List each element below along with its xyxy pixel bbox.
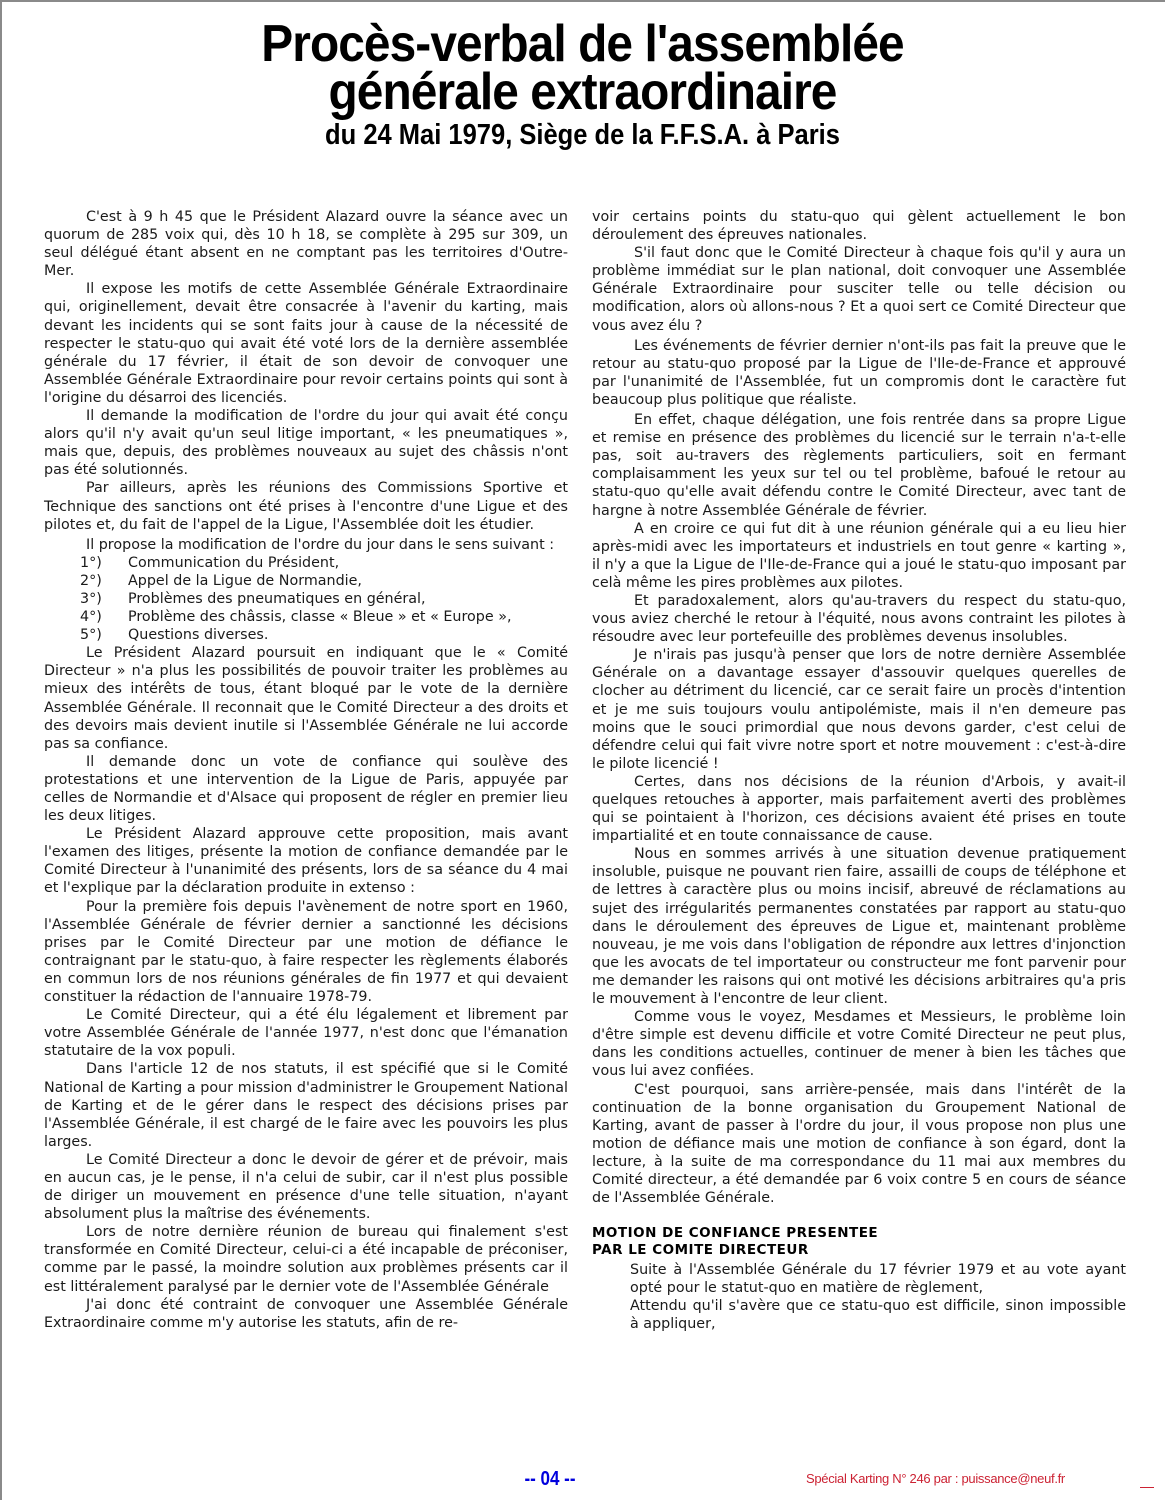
agenda-item: 4°)Problème des châssis, classe « Bleue … (44, 608, 568, 626)
paragraph: Le Président Alazard poursuit en indiqua… (44, 644, 568, 753)
paragraph: Nous en sommes arrivés à une situation d… (592, 845, 1126, 1008)
paragraph: Je n'irais pas jusqu'à penser que lors d… (592, 646, 1126, 773)
paragraph: Dans l'article 12 de nos statuts, il est… (44, 1060, 568, 1150)
motion-paragraph: Attendu qu'il s'avère que ce statu-quo e… (592, 1297, 1126, 1333)
page-left-border (0, 0, 2, 1500)
agenda-text: Questions diverses. (128, 626, 268, 644)
paragraph: Il demande la modification de l'ordre du… (44, 407, 568, 479)
paragraph: Les événements de février dernier n'ont-… (592, 337, 1126, 409)
page-number: -- 04 -- (525, 1468, 576, 1491)
agenda-item: 1°)Communication du Président, (44, 554, 568, 572)
paragraph-continuation: voir certains points du statu-quo qui gè… (592, 208, 1126, 244)
motion-heading-line-1: MOTION DE CONFIANCE PRESENTEE (592, 1225, 878, 1241)
motion-heading: MOTION DE CONFIANCE PRESENTEE PAR LE COM… (592, 1225, 1126, 1259)
footer-credit: Spécial Karting N° 246 par : puissance@n… (806, 1471, 1065, 1486)
article-header: Procès-verbal de l'assemblée générale ex… (0, 20, 1165, 152)
page-top-border (0, 0, 1165, 2)
agenda-item: 5°)Questions diverses. (44, 626, 568, 644)
paragraph: S'il faut donc que le Comité Directeur à… (592, 244, 1126, 334)
agenda-number: 4°) (80, 608, 128, 626)
left-column: C'est à 9 h 45 que le Président Alazard … (44, 208, 568, 1332)
agenda-list: 1°)Communication du Président, 2°)Appel … (44, 554, 568, 644)
article-subtitle: du 24 Mai 1979, Siège de la F.F.S.A. à P… (70, 118, 1095, 152)
paragraph: Il expose les motifs de cette Assemblée … (44, 280, 568, 407)
title-line-2: générale extraordinaire (329, 63, 837, 121)
agenda-number: 1°) (80, 554, 128, 572)
paragraph: Certes, dans nos décisions de la réunion… (592, 773, 1126, 845)
agenda-number: 2°) (80, 572, 128, 590)
agenda-item: 2°)Appel de la Ligue de Normandie, (44, 572, 568, 590)
paragraph: Le Comité Directeur a donc le devoir de … (44, 1151, 568, 1223)
agenda-text: Problème des châssis, classe « Bleue » e… (128, 608, 512, 626)
right-column: voir certains points du statu-quo qui gè… (592, 208, 1126, 1334)
paragraph: Le Président Alazard approuve cette prop… (44, 825, 568, 897)
agenda-item: 3°)Problèmes des pneumatiques en général… (44, 590, 568, 608)
paragraph: C'est pourquoi, sans arrière-pensée, mai… (592, 1081, 1126, 1208)
paragraph: C'est à 9 h 45 que le Président Alazard … (44, 208, 568, 280)
paragraph: Par ailleurs, après les réunions des Com… (44, 479, 568, 533)
article-title: Procès-verbal de l'assemblée générale ex… (47, 20, 1119, 116)
paragraph: J'ai donc été contraint de convoquer une… (44, 1296, 568, 1332)
paragraph: Le Comité Directeur, qui a été élu légal… (44, 1006, 568, 1060)
motion-heading-line-2: PAR LE COMITE DIRECTEUR (592, 1242, 809, 1258)
paragraph: Pour la première fois depuis l'avènement… (44, 898, 568, 1007)
paragraph: Et paradoxalement, alors qu'au-travers d… (592, 592, 1126, 646)
footer-underline (1140, 1487, 1154, 1488)
paragraph: Il demande donc un vote de confiance qui… (44, 753, 568, 825)
agenda-text: Appel de la Ligue de Normandie, (128, 572, 362, 590)
agenda-number: 5°) (80, 626, 128, 644)
motion-text: Suite à l'Assemblée Générale du 17 févri… (592, 1261, 1126, 1333)
paragraph: Lors de notre dernière réunion de bureau… (44, 1223, 568, 1295)
motion-paragraph: Suite à l'Assemblée Générale du 17 févri… (592, 1261, 1126, 1297)
paragraph: En effet, chaque délégation, une fois re… (592, 411, 1126, 520)
agenda-text: Communication du Président, (128, 554, 339, 572)
paragraph: A en croire ce qui fut dit à une réunion… (592, 520, 1126, 592)
paragraph: Comme vous le voyez, Mesdames et Messieu… (592, 1008, 1126, 1080)
agenda-number: 3°) (80, 590, 128, 608)
agenda-text: Problèmes des pneumatiques en général, (128, 590, 426, 608)
paragraph: Il propose la modification de l'ordre du… (44, 536, 568, 554)
